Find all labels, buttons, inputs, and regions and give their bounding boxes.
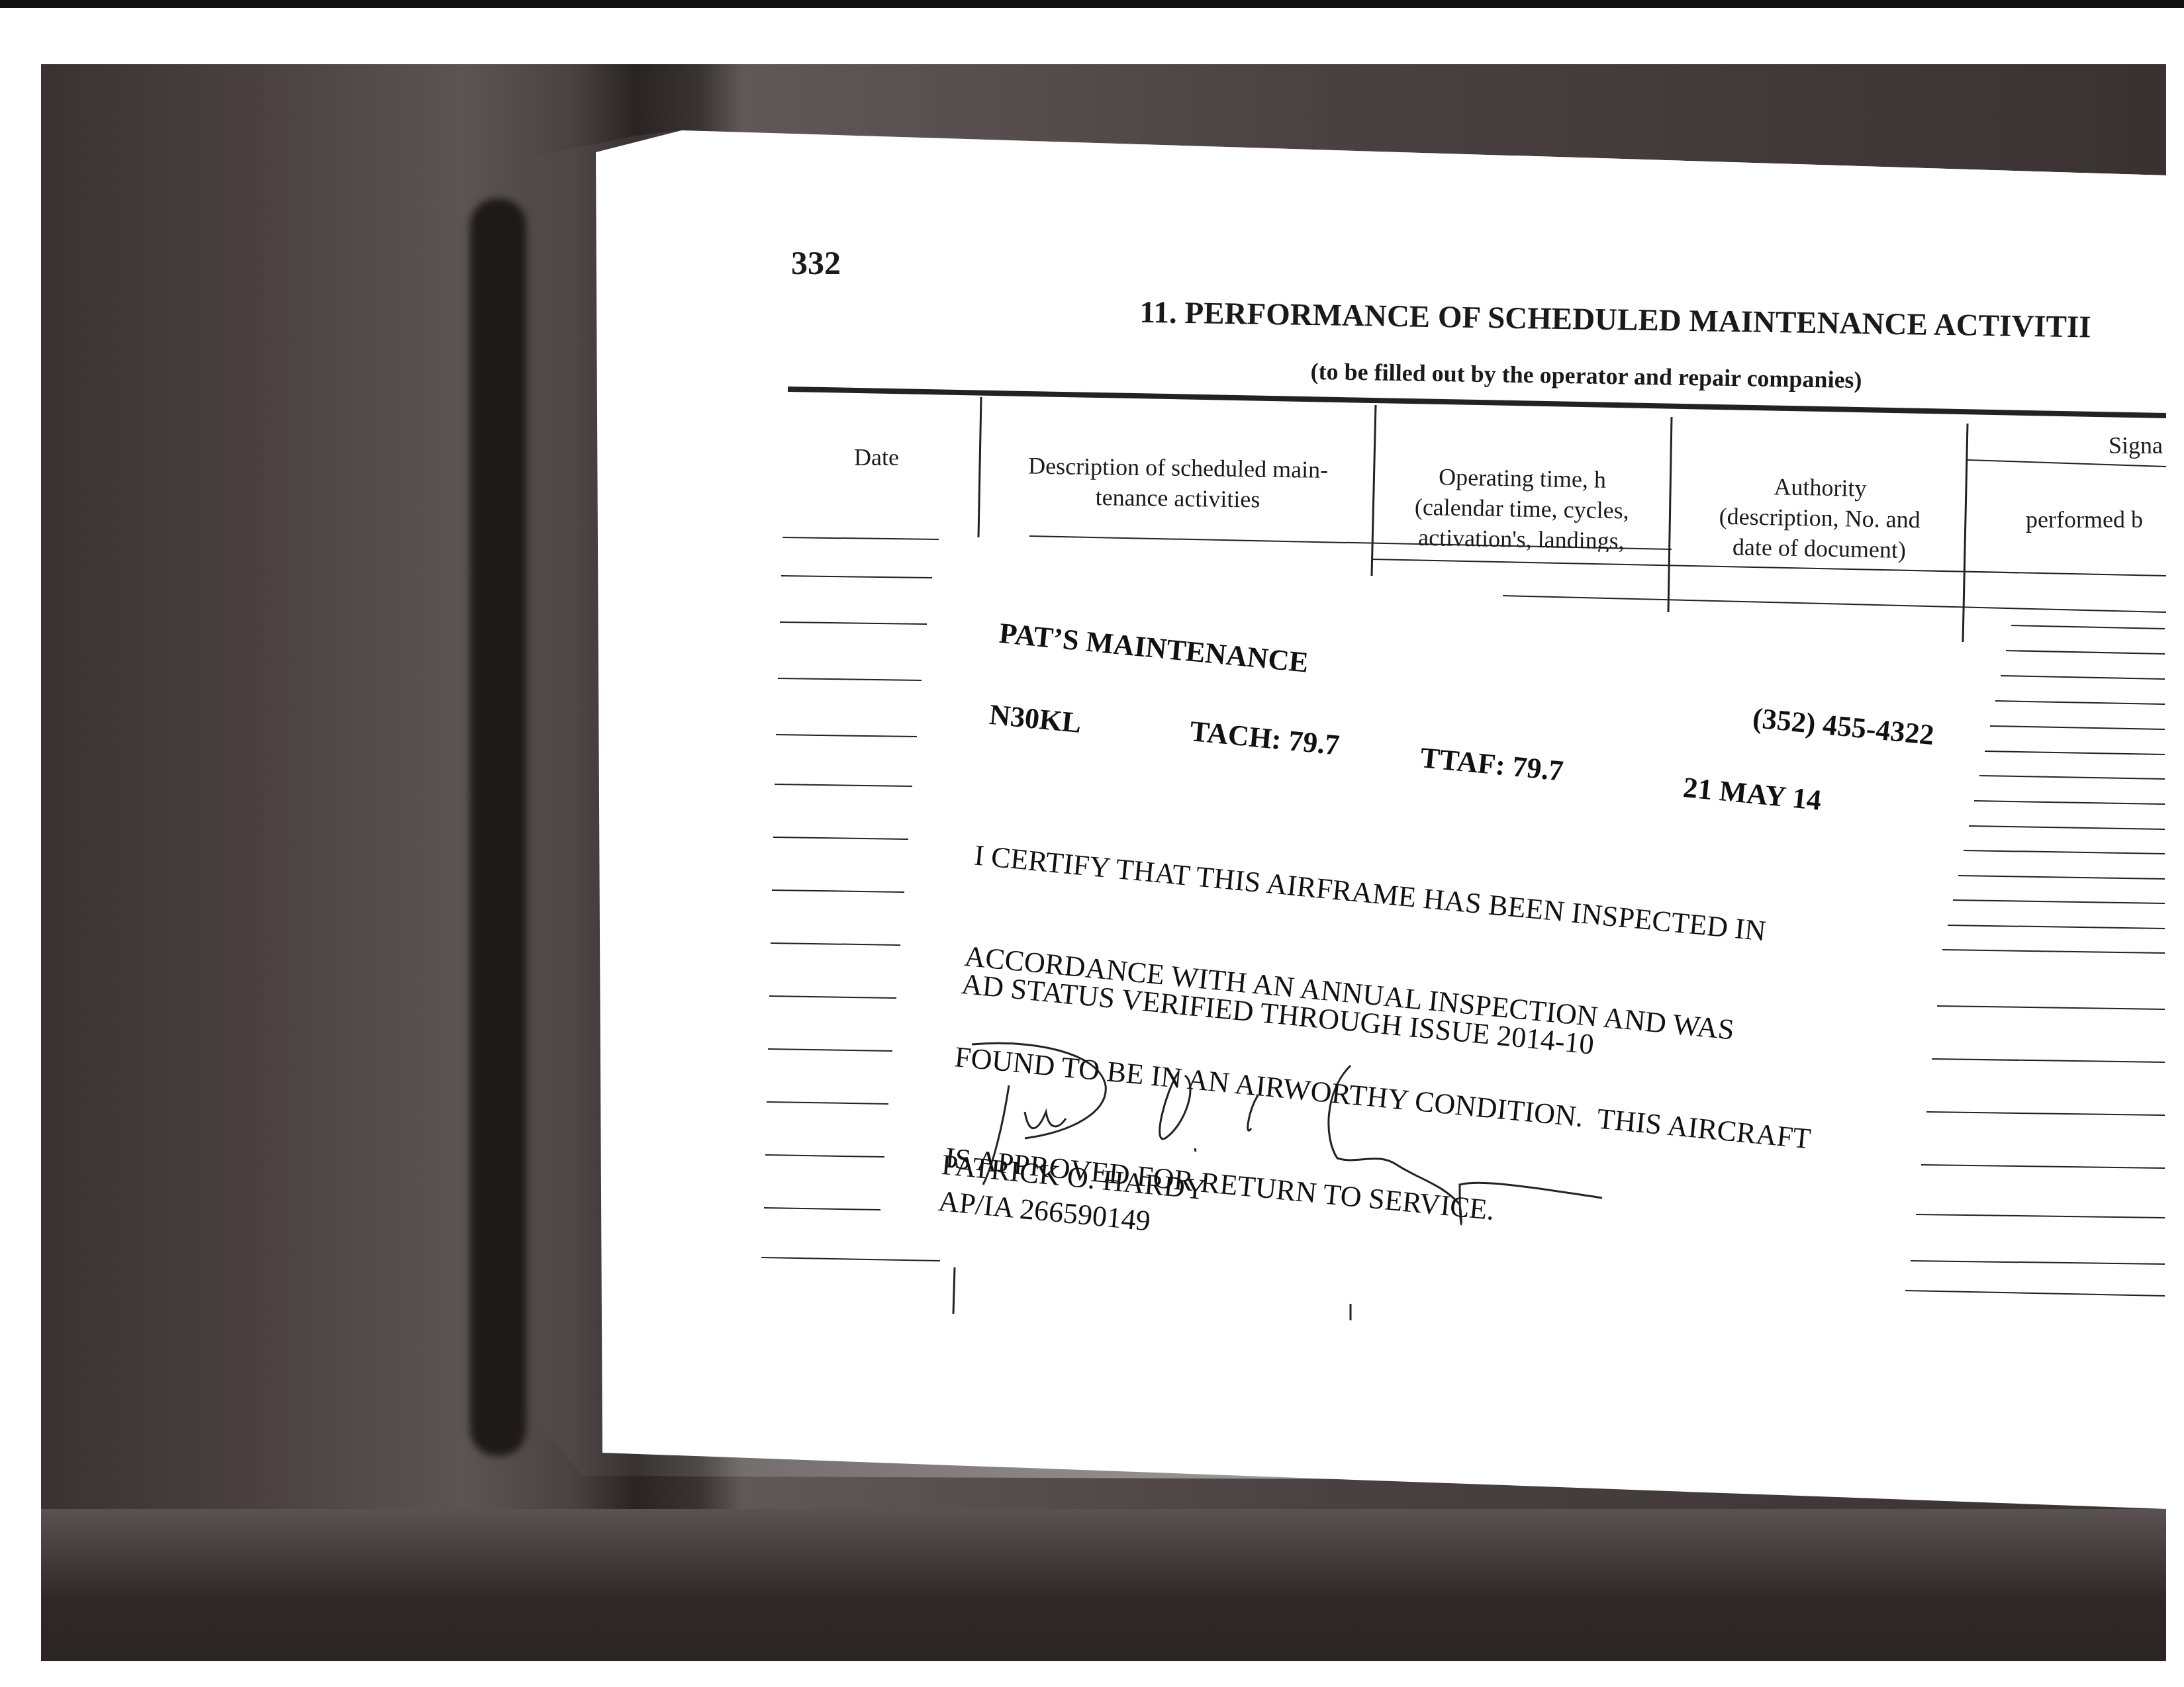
header-description-line: Description of scheduled main-	[999, 450, 1357, 486]
header-performed-by: performed b	[2026, 504, 2143, 535]
header-operating-line: (calendar time, cycles,	[1386, 491, 1658, 526]
header-description: Description of scheduled main- tenance a…	[999, 450, 1357, 516]
header-signature: Signa	[2109, 430, 2163, 461]
header-authority: Authority (description, No. and date of …	[1684, 470, 1956, 566]
header-authority-line: date of document)	[1684, 531, 1956, 566]
header-operating-time: Operating time, h (calendar time, cycles…	[1386, 461, 1658, 553]
certification-line: FOUND TO BE IN AN AIRWORTHY CONDITION. T…	[953, 1040, 1813, 1156]
header-operating-line: Operating time, h	[1386, 461, 1658, 496]
header-description-line: tenance activities	[999, 480, 1357, 516]
header-operating-line: activation's, landings,	[1386, 522, 1658, 553]
page-number: 332	[791, 244, 841, 282]
certification-line: I CERTIFY THAT THIS AIRFRAME HAS BEEN IN…	[973, 839, 1832, 954]
header-authority-line: Authority	[1684, 470, 1956, 505]
header-authority-line: (description, No. and	[1684, 500, 1956, 535]
header-date: Date	[854, 442, 899, 473]
